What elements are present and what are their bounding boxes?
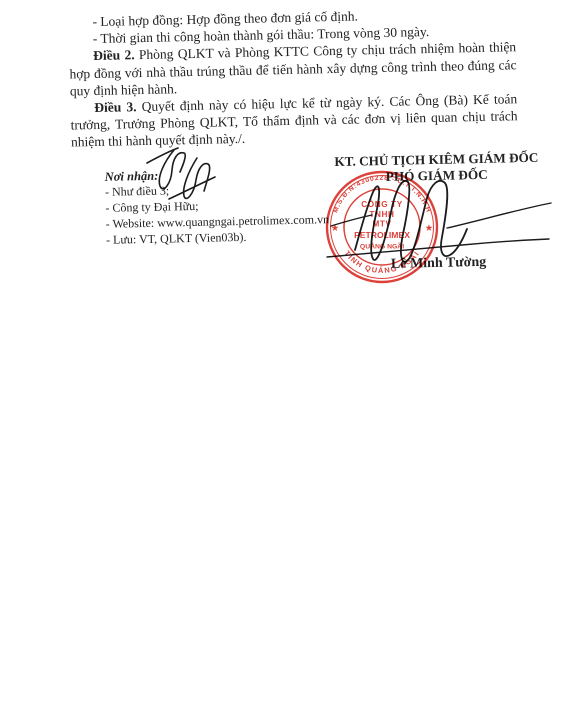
- article-3-text: Quyết định này có hiệu lực kể từ ngày ký…: [70, 91, 517, 150]
- article-2-label: Điều 2.: [93, 48, 135, 64]
- signer-name: Lê Minh Tường: [332, 253, 544, 273]
- recipients-block: Nơi nhận: - Như điều 3; - Công ty Đại Hữ…: [105, 165, 333, 279]
- signer-block: KT. CHỦ TỊCH KIÊM GIÁM ĐỐC PHÓ GIÁM ĐỐC …: [330, 149, 545, 273]
- article-3-paragraph: Điều 3. Quyết định này có hiệu lực kể từ…: [70, 90, 518, 151]
- document-content: - Loại hợp đồng: Hợp đồng theo đơn giá c…: [0, 0, 575, 281]
- signature-row: Nơi nhận: - Như điều 3; - Công ty Đại Hữ…: [71, 150, 520, 279]
- article-3-label: Điều 3.: [94, 99, 137, 115]
- article-2-text: Phòng QLKT và Phòng KTTC Công ty chịu tr…: [69, 40, 516, 99]
- scanned-document-page: - Loại hợp đồng: Hợp đồng theo đơn giá c…: [0, 0, 575, 723]
- article-2-paragraph: Điều 2. Phòng QLKT và Phòng KTTC Công ty…: [69, 39, 517, 100]
